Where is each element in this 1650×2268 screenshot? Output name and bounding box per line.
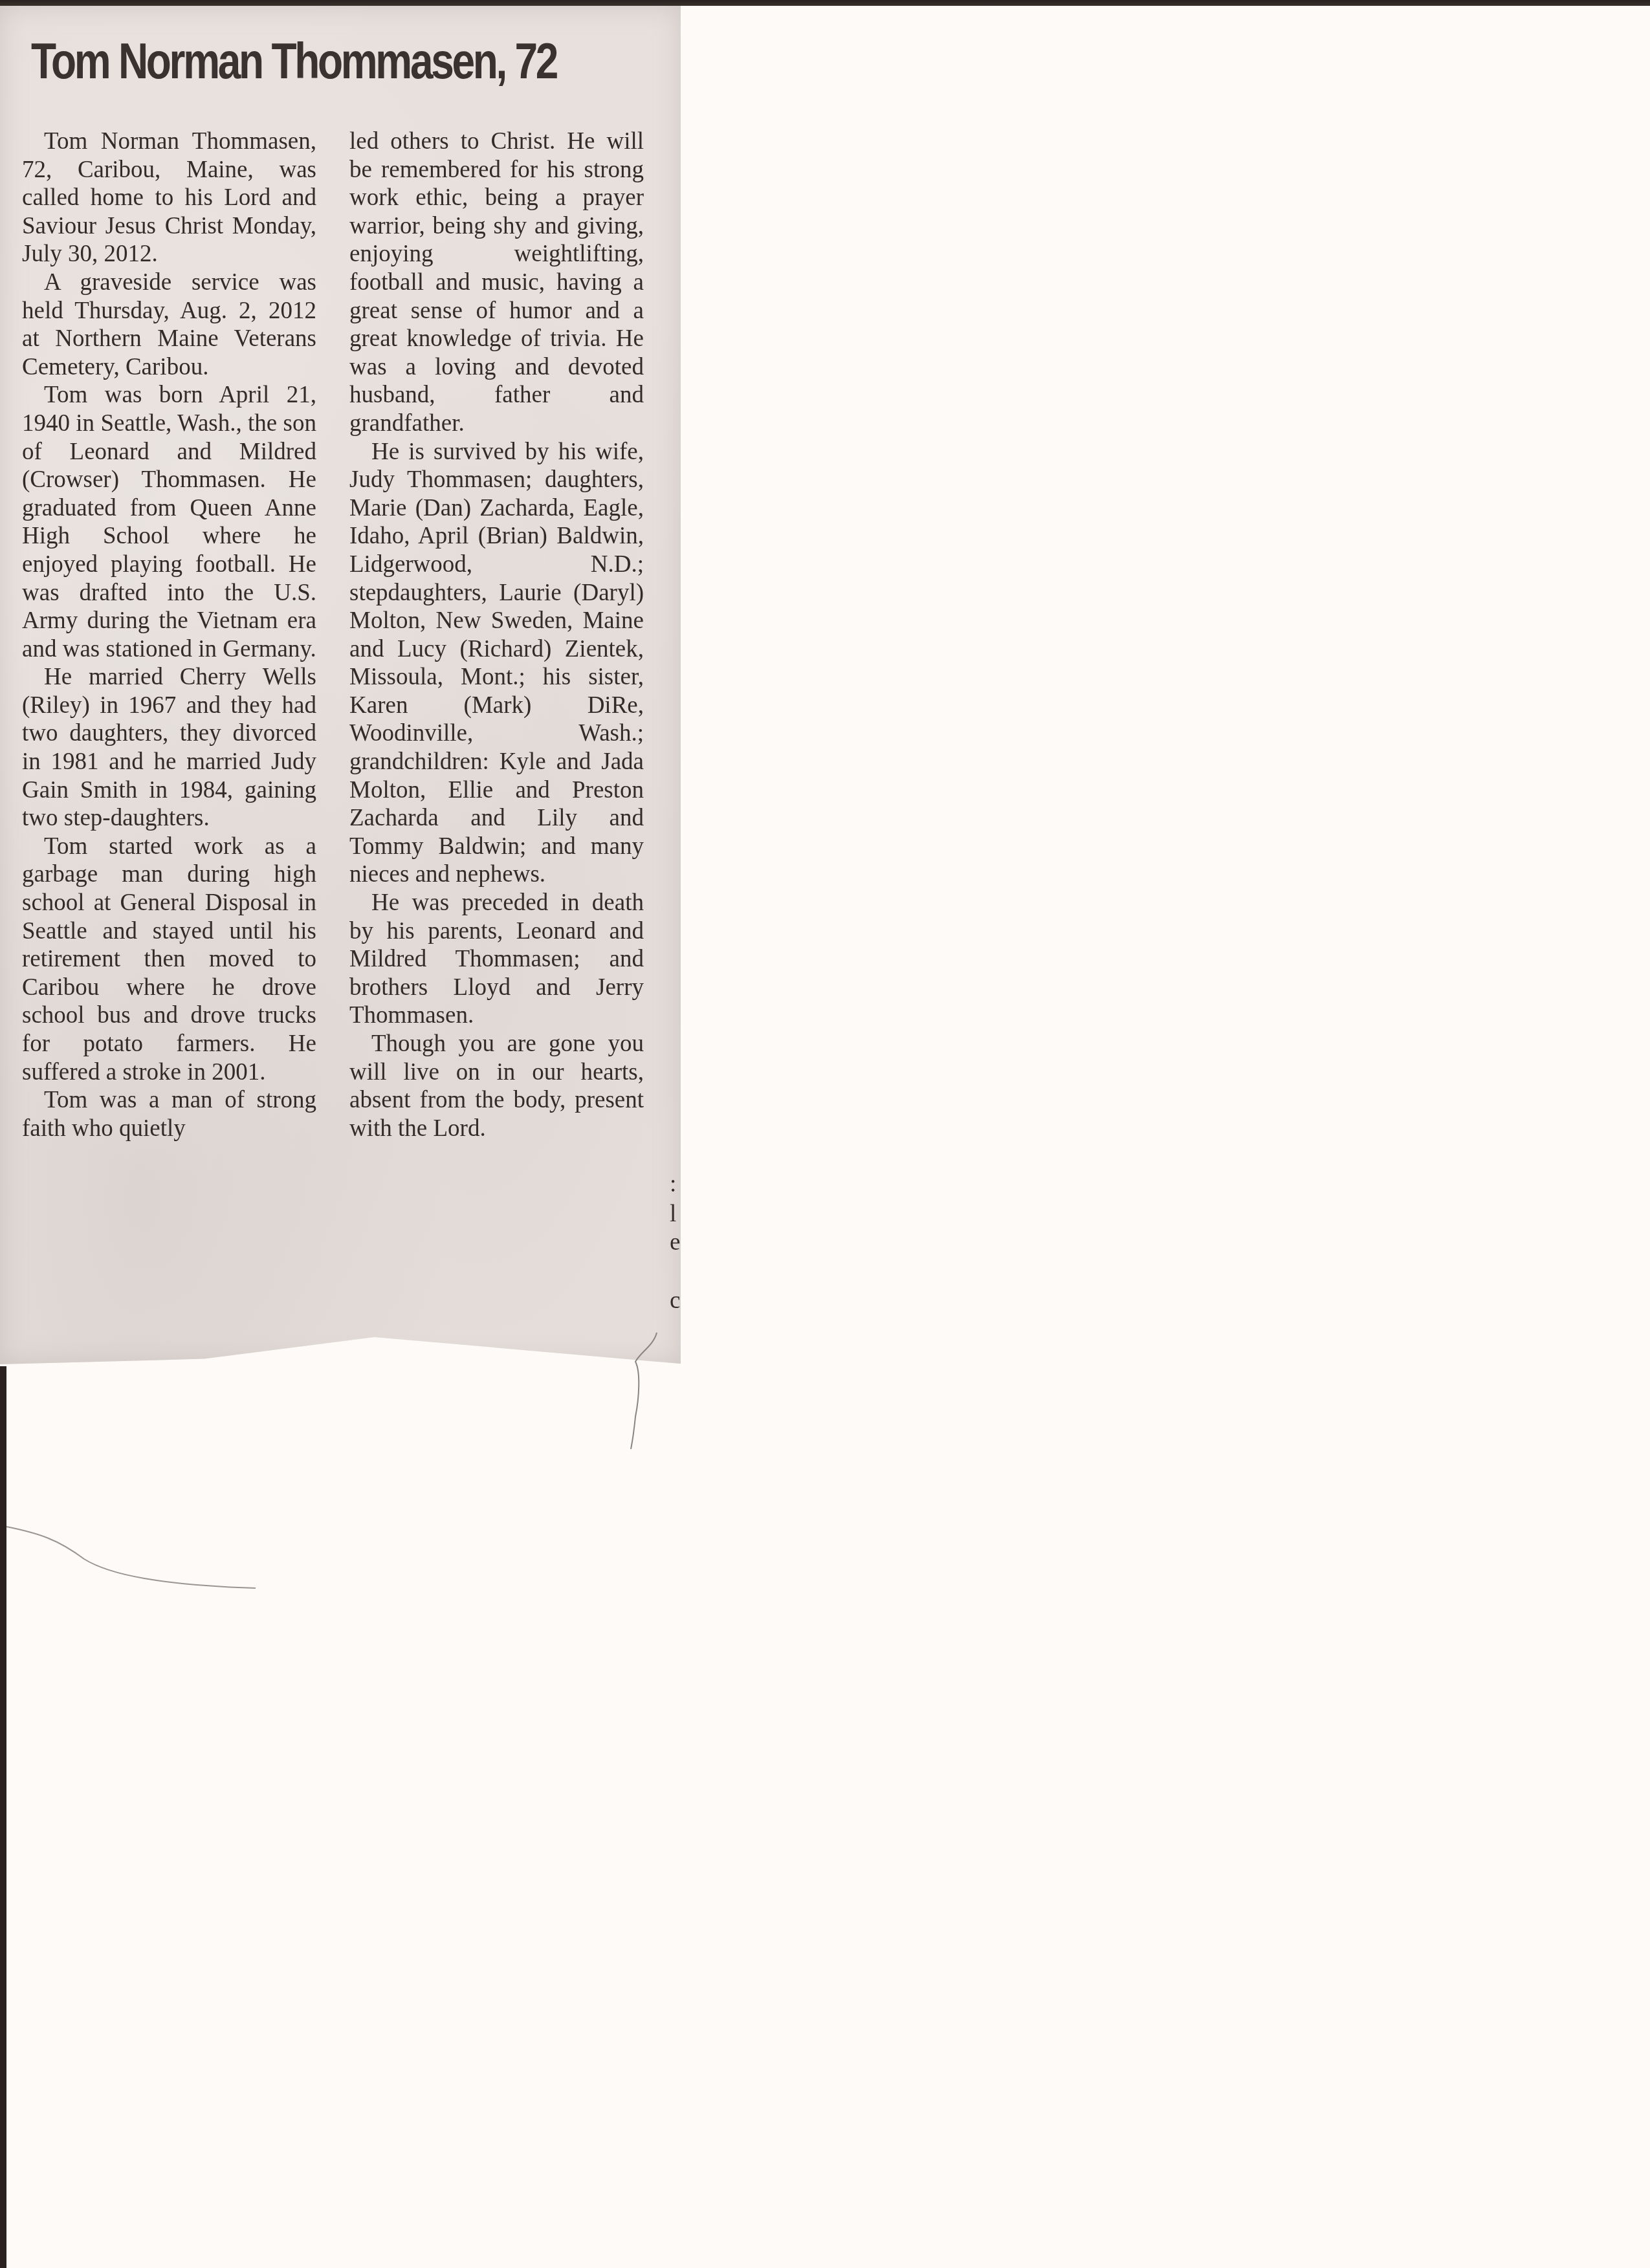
paragraph: A graveside service was held Thursday, A… [22,268,316,381]
adjacent-column-fragment: l [670,1200,683,1228]
paragraph: Though you are gone you will live on in … [349,1030,644,1142]
paragraph: Tom Norman Thommasen, 72, Caribou, Maine… [22,127,316,268]
paragraph: Tom started work as a garbage man during… [22,833,316,1086]
paragraph: Tom was a man of strong faith who quietl… [22,1086,316,1142]
obituary-headline: Tom Norman Thommasen, 72 [31,32,530,90]
adjacent-column-fragment: c [670,1287,683,1315]
scanner-top-edge [0,0,1650,6]
adjacent-column-fragment: : [670,1170,683,1199]
adjacent-column-fragment: e [670,1228,683,1257]
scanner-left-edge [0,1366,6,2268]
newspaper-clipping: Tom Norman Thommasen, 72 Tom Norman Thom… [0,6,681,1364]
paragraph: He was preceded in death by his parents,… [349,889,644,1030]
pencil-stroke-left [0,1514,272,1617]
paragraph: Tom was born April 21, 1940 in Seattle, … [22,381,316,663]
text-column-right: led others to Christ. He will be remembe… [349,127,644,1142]
text-column-left: Tom Norman Thommasen, 72, Caribou, Maine… [22,127,316,1142]
paragraph: led others to Christ. He will be remembe… [349,127,644,438]
paragraph: He is survived by his wife, Judy Thommas… [349,438,644,889]
paragraph: He married Cherry Wells (Riley) in 1967 … [22,663,316,833]
